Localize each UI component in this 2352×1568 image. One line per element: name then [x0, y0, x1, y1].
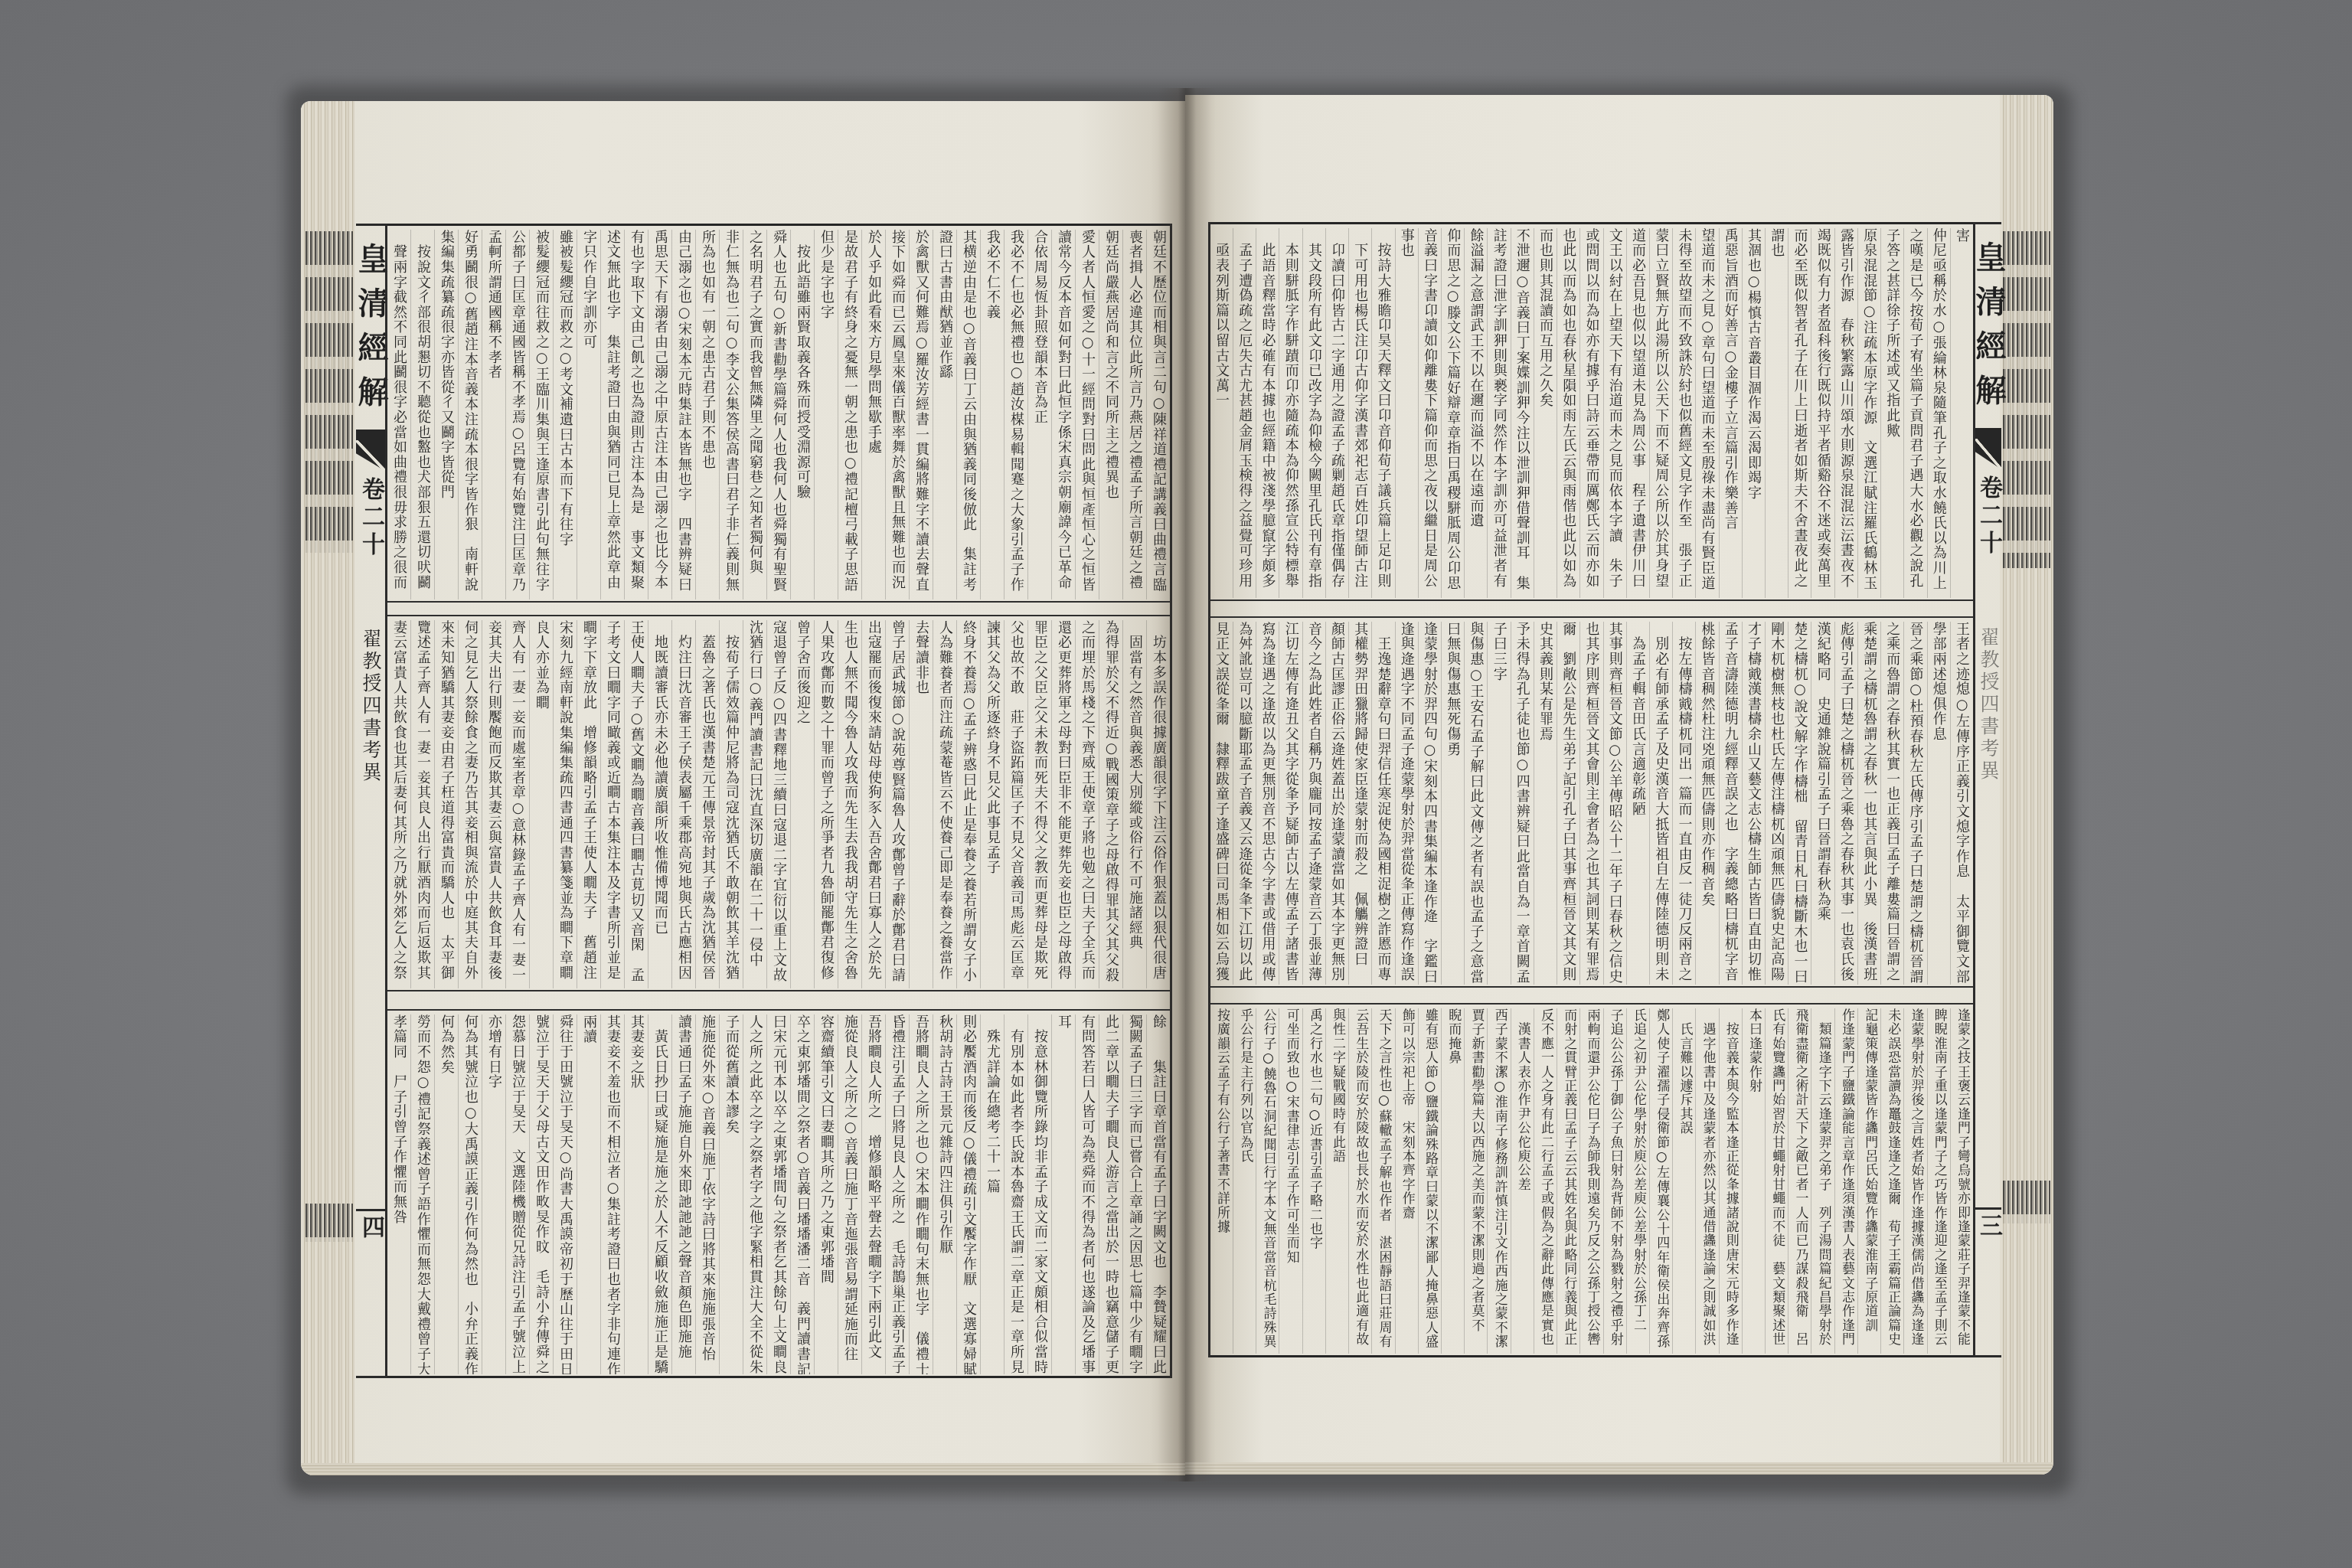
text-column: 別必有師承孟子及史漢音大抵皆祖自左傳陸德明則未 [1649, 622, 1672, 985]
text-column: 人果攻鄪而數之十罪而曾子之所爭者九魯師罷鄪君復修 [814, 620, 838, 988]
text-column: 王者之迹熄○左傳序正義引文熄字作息 太平御覽文部 [1950, 622, 1973, 985]
text-column: 逢蒙學射於羿後之言姓者始皆作逢據漢儒尚借蠭為逢逢 [1903, 1008, 1926, 1354]
text-column: 怨慕日號泣于旻天 文選陸機贈從兄詩注引孟子號泣上 [505, 1014, 529, 1374]
text-column: 瞷字下章放此 增修韻略引孟子王使人瞯夫子 舊趙注 [577, 620, 600, 988]
text-column: 於人乎如此看來方見學問無歇手處 [861, 230, 885, 599]
text-frame: 害 仲尼亟稱於水○張綸林泉隨筆孔子之取水饒氏以為川上 之嘆是已今按荀子宥坐篇子貢… [1208, 222, 1975, 1357]
text-column: 其涸也○楊慎古音叢目涸作渴云渴即竭字 [1742, 228, 1765, 598]
text-column: 道而必吾見也似以望道未見為周公事 程子遺書伊川曰 [1626, 228, 1649, 598]
text-column: 來未知猶驕其妻妾由君子枉道得富貴而驕人也 太平御 [434, 620, 458, 988]
text-frame: 朝廷不歷位而相與言二句○陳祥道禮記講義曰曲禮言臨 喪者揖人必違其位此所言乃燕居之… [385, 224, 1172, 1378]
text-column: 子答之甚詳徐子所述或又指此歟 [1880, 228, 1903, 598]
text-column: 蒙曰立賢無方此湯所以公天下而不疑周公所以於其身望 [1649, 228, 1672, 598]
text-column: 曾子居武城節○說苑尊賢篇魯人攻鄪曾子辭於鄪君曰請 [885, 620, 909, 988]
text-column: 之名明君子之實而我曾無隣里之聞窮巷之知者獨何與 [743, 230, 766, 599]
text-column: 雖有惡人節○鹽鐵論殊路章曰蒙以不潔鄙人掩鼻惡人盛 [1418, 1008, 1441, 1354]
text-column: 其事則齊桓晉文節○公羊傳昭公十二年子曰春秋之信史 [1603, 622, 1626, 985]
bottom-register: 逢蒙之技王褒云逢門子彎烏號亦即逢蒙莊子羿逢蒙不能 睥睨淮南子重以逢蒙門子之巧皆作… [1210, 1003, 1973, 1357]
text-column: 喪者揖人必違其位此所言乃燕居之禮孟子所言朝廷之禮 [1122, 230, 1146, 599]
text-column: 為得罪於父不得近○戰國策章子之母啟得罪其父其父殺 [1099, 620, 1122, 988]
text-column: 但少是字也字 [814, 230, 838, 599]
text-column: 述文無此也字 集註考證曰由與猶同已見上章然此章由 [600, 230, 624, 599]
text-column: 施施從外來○音義曰施丁依字詩曰將其來施施張音怡 [695, 1014, 719, 1374]
text-column: 之而埋於馬棧之下齊威王使章子將也勉之曰夫子全兵而 [1075, 620, 1099, 988]
volume-label: 卷二十 [356, 477, 385, 560]
series-title: 皇清經解 [1975, 241, 2001, 419]
top-register: 朝廷不歷位而相與言二句○陳祥道禮記講義曰曲禮言臨 喪者揖人必違其位此所言乃燕居之… [387, 224, 1170, 603]
text-column: 或問問以而為如亦有據乎曰詩云垂帶而厲鄭氏云而亦如 [1579, 228, 1602, 598]
text-column: 按說文彳部很胡懇切不聽從也盭也犬部狠五還切吠鬬 [410, 230, 434, 599]
text-column: 孟子遭偽疏之厄失古尤甚趙金屑玉検得之益覺可珍用 [1233, 228, 1256, 598]
leaf-number: 三 [1975, 1214, 2001, 1236]
text-column: 學部兩述熄俱作息 [1927, 622, 1950, 985]
leaf-number: 四 [356, 1215, 385, 1238]
text-column: 耳 [1051, 1014, 1075, 1374]
text-column: 作逢蒙門子鹽鐵論能言章作逢須漢書人表藝文志作逢門 [1834, 1008, 1857, 1354]
right-page: 皇清經解 卷二十 翟教授四書考異 三 害 仲尼亟稱於水○張綸林泉隨筆孔子之取水饒… [1185, 95, 2053, 1475]
ink-smear [305, 1204, 353, 1242]
text-column: 孟軻所謂通國稱不孝者 [482, 230, 505, 599]
text-column: 亦增有日字 [482, 1014, 505, 1374]
text-column: 有問答若曰人皆可為堯舜而不得為者何也遂論及乞墦事 [1075, 1014, 1099, 1374]
text-column: 曾子舍而後迎之 [790, 620, 814, 988]
text-column: 漢紀略同 史通雜說篇引孟子曰晉謂春秋為乘 [1811, 622, 1834, 985]
volume-label: 卷二十 [1975, 475, 2001, 558]
text-column: 江切左傳有逄丑父其字從夆予疑師古以左傳孟子諸書皆 [1279, 622, 1302, 985]
text-column: 註考證曰泄字訓狎則與褻字同然作本字訓亦可益泄者有 [1487, 228, 1510, 598]
text-column: 妾其夫出行則饜飽而反欺其妻云與富貴人共飲食耳妻後 [482, 620, 505, 988]
text-column: 原泉混混節○注疏本原字作源 文選江賦注羅氏鶴林玉 [1857, 228, 1880, 598]
text-column: 之乘而魯謂之春秋其實一也正義曰孟子離婁篇曰晉謂之 [1880, 622, 1903, 985]
text-column: 本曰逢蒙作射 [1742, 1008, 1765, 1354]
text-column: 蓋魯之著氏也漢書楚元王傳景帝封其子歲為沈猶侯晉 [695, 620, 719, 988]
text-column: 何為然矣 [434, 1014, 458, 1374]
text-column: 字只作自字訓亦可 [577, 230, 600, 599]
text-column: 音今之為此姓者自稱乃與龐同按孟子逄蒙音云丁張並薄 [1302, 622, 1325, 985]
text-column: 逢蒙之技王褒云逢門子彎烏號亦即逢蒙莊子羿逢蒙不能 [1950, 1008, 1973, 1354]
page-bottom-edge [1185, 1462, 2053, 1475]
text-column: 卬讀曰仰皆古二字通用之證孟子疏剿趙氏章指僅偶存 [1325, 228, 1348, 598]
text-column: 覽述孟子齊人有一妻一妾其良人出行厭酒肉而后返欺其 [410, 620, 434, 988]
text-column: 而射之貫臂正義曰孟子云云其姓名與此略同行義與此正 [1557, 1008, 1579, 1354]
text-column: 灼注曰沈音審王子侯表屬千乘郡高宛地與氏古應相因 [671, 620, 695, 988]
text-column: 子追公公孫丁御公子魚曰射為背師不射為戮射之禮乎射 [1603, 1008, 1626, 1354]
text-column: 逢蒙學射於羿四句○宋刻本四書集編本逢作逄 字鑑曰 [1418, 622, 1441, 985]
text-column: 舜人也五句○新書勸學篇舜何人也我何人也舜獨有聖賢 [766, 230, 790, 599]
text-column: 接下如舜而已云鳳皇來儀百獸率舞於禽獸且無難也而況 [885, 230, 909, 599]
text-column: 氏有始覽蠭門始習於甘蠅射甘蠅而不徒 藝文類聚述世 [1765, 1008, 1788, 1354]
text-column: 禹惡旨酒而好善言○金樓子立言篇引作樂善言 [1719, 228, 1742, 598]
text-column: 良人亦並為瞷 [529, 620, 553, 988]
text-column: 讀書通曰孟子施施自外來即訑訑訑之聲音顏色即施施 [671, 1014, 695, 1374]
middle-register: 坊本多誤作很據廣韻很字下注云俗作狠蓋以狠代很唐 固當有之然音與義悉大別縱或俗行不… [387, 615, 1170, 991]
text-column: 餘溢漏之意謂武王不以在邇而溢不以在遠而遺 [1464, 228, 1487, 598]
text-column: 還必更葬將軍之母對曰臣非不能更葬先妾也臣之母啟得 [1051, 620, 1075, 988]
text-column: 此二章以瞯夫子瞯良人游言之當出於一時也竊意儲子更 [1099, 1014, 1122, 1374]
text-column: 顏師古匡謬正俗云逄姓蓋出於逢蒙讀當如其本字更無別 [1325, 622, 1348, 985]
text-column: 有也字取下文由己飢之也為證則古注本為是 事文類聚 [624, 230, 648, 599]
text-column: 獨闕孟子曰三字而已嘗合上章誦之因思七篇中少有瞯字 [1122, 1014, 1146, 1374]
text-column: 下可用也楊氏注卬古仰字漢書郊祀志百姓卬望師古注 [1348, 228, 1371, 598]
text-column: 好勇鬬很○舊趙注本音義本注疏本很字皆作狠 南軒說 [458, 230, 482, 599]
text-column: 固當有之然音與義悉大別縱或俗行不可施諸經典 [1122, 620, 1146, 988]
text-column: 賈子新書勸學篇夫以西施之美而蒙不潔則過之者莫不 [1464, 1008, 1487, 1354]
fishtail-line [356, 440, 385, 471]
text-column: 之嘆是已今按荀子宥坐篇子貢問君子遇大水必觀之說孔 [1903, 228, 1926, 598]
page-margin-column: 皇清經解 卷二十 翟教授四書考異 三 [1975, 222, 2001, 1357]
text-column: 剛木杌樹無枝也杜氏左傳注檮杌凶頑無匹儔貌史記高陽 [1765, 622, 1788, 985]
text-column: 殊尤詳論在總考二十一篇 [980, 1014, 1004, 1374]
page-margin-column: 皇清經解 卷二十 翟教授四書考異 四 [356, 224, 385, 1378]
text-column: 與傷惠○王安石孟子解曰此文傳之者有誤也孟子之意當 [1464, 622, 1487, 985]
ink-smear [2003, 1181, 2050, 1223]
text-column: 鄭人使子濯孺子侵衛節○左傳襄公十四年衛侯出奔齊孫 [1649, 1008, 1672, 1354]
text-column: 妻云富貴人共飲食也其后妻何其所之乃就外郊乞人之祭 [387, 620, 410, 988]
text-column: 子考文曰瞯字同瞰義或近瞷古本集注本及字書所引並是 [600, 620, 624, 988]
text-column: 禹思天下有溺者由己溺之中原古注本由己溺之也比今本 [648, 230, 671, 599]
text-column: 為舛訛豈可以臆斷耶孟子音義又云逄從夆夆下江切以此 [1233, 622, 1256, 985]
text-column: 天下之言性也○蘇轍孟子解也作者 湛困靜語曰莊周有 [1371, 1008, 1394, 1354]
left-page: 皇清經解 卷二十 翟教授四書考異 四 朝廷不歷位而相與言二句○陳祥道禮記講義曰曲… [301, 101, 1185, 1475]
text-column: 容齋續筆引文曰妻瞷其所之乃之東郭墦間 [814, 1014, 838, 1374]
text-column: 吾將瞷良人之所之也○宋本瞷作瞯句末無也字 儀禮士 [909, 1014, 933, 1374]
text-column: 晉之乘節○杜預春秋左氏傳序引孟子曰楚謂之檮杌晉謂 [1903, 622, 1926, 985]
text-column: 氏言難以遽斥其誤 [1672, 1008, 1695, 1354]
page-bottom-edge [301, 1463, 1185, 1475]
text-column: 云吾生於陵而安於陵故也長於水而安於水性也此適有故 [1348, 1008, 1371, 1354]
text-column: 曰無與傷惠無死傷勇 [1441, 622, 1464, 985]
text-column: 何為其號泣也○大禹謨正義引作何為然也 小弁正義作 [458, 1014, 482, 1374]
text-column: 秋胡詩古詩王景元雜詩四注俱引作厭 [933, 1014, 956, 1374]
text-column: 父也故不敢 莊子盜跖篇匡子不見父音義司馬彪云匡章 [1004, 620, 1027, 988]
text-column: 音義曰字書卬讀如仰離婁下篇仰而思之夜以繼日是周公 [1418, 228, 1441, 598]
text-column: 朝廷尚嚴燕居尚和言之不同所主之禮異也 [1099, 230, 1122, 599]
text-column: 與性二字疑戰國時有此語 [1325, 1008, 1348, 1354]
text-column: 睨而掩鼻 [1441, 1008, 1464, 1354]
text-column: 按詩大雅瞻卬昊天釋文曰卬音仰荀子議兵篇上足卬則 [1371, 228, 1394, 598]
text-column: 而必至既似智者孔子在川上曰逝者如斯夫不舍晝夜此之 [1788, 228, 1811, 598]
text-column: 愛人者人恒愛之○十一經問對曰問此與恒產恒心之恒皆 [1075, 230, 1099, 599]
text-column: 非仁無為也二句○李文公集答侯高書曰君子非仁義則無 [719, 230, 743, 599]
text-column: 彪傳引孟子曰楚之檮杌晉之乘魯之春秋其事一也袁氏後 [1834, 622, 1857, 985]
text-column: 飛衛盡衛之術計天下之敵已者一人而已乃謀殺飛衛 呂 [1788, 1008, 1811, 1354]
text-column: 未必誤恐當讀為鼉鼓逢逢之逢爾 荀子王霸篇正論篇史 [1880, 1008, 1903, 1354]
text-column: 禹之行水也二句○近書引孟子略二也字 [1302, 1008, 1325, 1354]
text-column: 子而從舊讀本謬矣 [719, 1014, 743, 1374]
text-column: 孟子音濤陸德明九經釋音誤之也 字義總略曰檮杌字音 [1719, 622, 1742, 985]
text-column: 漢書人表亦作尹公佗庾公差 [1511, 1008, 1534, 1354]
text-column: 地既讀審氏亦未必他讀廣韻所收惟備博聞而已 [648, 620, 671, 988]
text-column: 宋刻九經南軒說集編集疏四書通四書纂箋並為瞷下章瞷 [553, 620, 577, 988]
text-column: 其妻妾之狀 [624, 1014, 648, 1374]
text-column: 黃氏日抄曰或疑施是施之於人不反顧收斂施施正是驕 [648, 1014, 671, 1374]
text-column: 史其義則某有罪焉 [1534, 622, 1557, 985]
text-column: 兩讀 [577, 1014, 600, 1374]
text-column: 昏禮注引孟子曰將見良人之所之 毛詩鵲巢正義引孟子 [885, 1014, 909, 1374]
text-column: 聲兩字截然不同此鬬很字必當如曲禮很毋求勝之很而 [387, 230, 410, 599]
text-column: 號泣于旻天于父母古文田作畋旻作旼 毛詩小弁傳舜之 [529, 1014, 553, 1374]
text-column: 按音義本與今監本逢正從夆據諸說則唐宋元時多作逢 [1719, 1008, 1742, 1354]
series-title: 皇清經解 [356, 243, 385, 420]
text-column: 文王以紂在上望天下有治道而未之見而依本字讀 朱子 [1603, 228, 1626, 598]
text-column: 孝篇同 尸子引曾子作懼而無咎 [387, 1014, 410, 1374]
text-column: 為孟子輯音田氏言適彰疏陋 [1626, 622, 1649, 985]
middle-register: 王者之迹熄○左傳序正義引文熄字作息 太平御覽文部 學部兩述熄俱作息 晉之乘節○杜… [1210, 616, 1973, 988]
text-column: 施從良人之所之○音義曰施丁音迤張音易謂延施而往 [838, 1014, 861, 1374]
work-title: 翟教授四書考異 [356, 629, 385, 784]
text-column: 竭既似有力者盈科後行既似持平者循谿谷不迷或奏萬里 [1811, 228, 1834, 598]
text-column: 飾可以宗祀上帝 宋刻本齊字作齋 [1395, 1008, 1418, 1354]
text-column: 乘楚謂之檮杌魯謂之春秋一也其言與此小異 後漢書班 [1857, 622, 1880, 985]
text-column: 寫為逢遇之逢故以為更無別音不思古今字書或借用或傳 [1256, 622, 1279, 985]
text-column: 逢與逄遇字不同孟子逄蒙學射於羿當從夆正傳寫作逢誤 [1395, 622, 1418, 985]
text-column: 生也人無不聞今魯人攻我而先生去我我胡守先生之舍魯 [838, 620, 861, 988]
text-column: 也其序則齊桓晉文其會則主會者為之也其詞則某有罪焉 [1579, 622, 1602, 985]
text-column: 合依周易恆卦照登韻本音為正 [1027, 230, 1051, 599]
text-column: 遇字他書中及逢蒙者亦然以其通借蠭逢論之則誠如洪 [1695, 1008, 1718, 1354]
text-column: 氏追之初尹公佗學射於庾公差庾公差學射於公孫丁二 [1626, 1008, 1649, 1354]
text-column: 被髮纓冠而往救之○王臨川集與王逢原書引此句無往字 [529, 230, 553, 599]
ink-smear [305, 231, 353, 553]
text-column: 仲尼亟稱於水○張綸林泉隨筆孔子之取水饒氏以為川上 [1927, 228, 1950, 598]
text-column: 曰宋元刊本以卒之東郭墦間句之祭者乞其餘句上文瞷良 [766, 1014, 790, 1374]
text-column: 才子檮戭漢書檮余山又藝文志公檮生師古皆曰直由切惟 [1742, 622, 1765, 985]
text-column: 兩軥而還尹公佗曰子為師我則遠矣乃反之公孫丁授公轡 [1579, 1008, 1602, 1354]
text-column: 王逸楚辭章句曰羿信任寒浞使為國相浞樹之詐慝而專 [1371, 622, 1394, 985]
text-column: 桃餘皆音稠然杜注兇頑無匹儔則亦作稠音矣 [1695, 622, 1718, 985]
text-column: 集編集疏纂疏很字亦皆從彳又鬬字皆從門 [434, 230, 458, 599]
text-column: 記龜策傳逢蒙皆作蠭門呂氏始覽作蠭蒙淮南子原道訓 [1857, 1008, 1880, 1354]
text-column: 反不應一人之身有此二行孟子或假為之辭此傳應是實也 [1534, 1008, 1557, 1354]
text-column: 未得至故望而不致誅於紂也似舊經文見字作至 張子正 [1672, 228, 1695, 598]
text-column: 罪臣之父臣之父未教而死夫不得父之教而更葬母是欺死 [1027, 620, 1051, 988]
text-column: 出寇罷而後復來請姑母使狗豕入吾舍鄪君曰寡人之於先 [861, 620, 885, 988]
text-column: 齊人有一妻一妾而處室者章○意林錄孟子齊人有一妻一 [505, 620, 529, 988]
text-column: 諫其父為父所逐終身不見父此事見孟子 [980, 620, 1004, 988]
text-column: 按意林御覽所錄均非孟子成文而二家文頗相合似當時 [1027, 1014, 1051, 1374]
text-column: 由己溺之也○宋刻本元時集註本皆無也字 四書辨疑曰 [671, 230, 695, 599]
text-column: 證曰古書由猷猶並作繇 [933, 230, 956, 599]
text-column: 公行子○饒魯石洞紀聞曰行字本文無音當音杭毛詩殊異 [1256, 1008, 1279, 1354]
text-column: 仰而思之○滕文公下篇好辯章章指曰禹稷駢胝周公卬思 [1441, 228, 1464, 598]
text-column: 害 [1950, 228, 1973, 598]
text-column: 終身不養焉○孟子辨惑曰此止是奉養之養若所謂女子小 [956, 620, 980, 988]
margin-rule [1975, 1207, 2001, 1210]
text-column: 我必不仁不義 [980, 230, 1004, 599]
text-column: 爾 劉敞公是先生弟子記引孔子曰其事齊桓晉文其文則 [1557, 622, 1579, 985]
text-column: 睥睨淮南子重以逢蒙門子之巧皆作逢迎之逢至孟子則云 [1927, 1008, 1950, 1354]
text-column: 子曰三字 [1487, 622, 1510, 985]
book-gutter-shadow [1158, 88, 1216, 1481]
text-column: 我必不仁也必無禮也○趙汝楳易輯聞蹇之大象引孟子作 [1004, 230, 1027, 599]
text-column: 楚之檮杌○說文解字作檮柮 留青日札曰檮斷木也一曰 [1788, 622, 1811, 985]
text-column: 公都子曰匡章通國皆稱不孝焉○呂覽有始覽注曰匡章乃 [505, 230, 529, 599]
text-column: 沈猶行曰○義門讀書記曰沈直深切廣韻在二十一侵中 [743, 620, 766, 988]
text-column: 有別本如此者李氏說本魯齋王氏謂二章正是一章所見 [1004, 1014, 1027, 1374]
text-column: 其權勢羿田獵將歸使家臣逢蒙射而殺之 佩觿辨證曰 [1348, 622, 1371, 985]
text-column: 伺之見乞人祭餘食之妻乃告其妾相與流於中庭其夫自外 [458, 620, 482, 988]
text-column: 吾將瞷良人所之 增修韻略平聲去聲瞯字下兩引此文 [861, 1014, 885, 1374]
bottom-register: 餘 集註曰章首當有孟子曰字闕文也 李贄疑耀曰此不 獨闕孟子曰三字而已嘗合上章誦之… [387, 1009, 1170, 1378]
text-column: 其横逆由是也○音義曰丁云由與猶義同後倣此 集註考 [956, 230, 980, 599]
text-column: 其文段所有此文卬已改字為仰檢今闕里孔氏刊有章指 [1302, 228, 1325, 598]
text-column: 按此語雖兩賢取義各殊而授受淵源可驗 [790, 230, 814, 599]
text-column: 不泄邇○音義曰丁案媟訓狎今注以泄訓狎借聲訓耳 集 [1511, 228, 1534, 598]
text-column: 其妻妾不羞也而不相泣者○集註考證曰也者字非句連作 [600, 1014, 624, 1374]
text-column: 人為難養者而注疏蒙菴皆云不使養己即是奉養之養當作 [933, 620, 956, 988]
text-column: 雖被髮纓冠而救之○考文補遺曰古本而下有往字 [553, 230, 577, 599]
text-column: 也此以而為如也春秋星隕如雨左氏云與雨偕也此以如為 [1557, 228, 1579, 598]
text-column: 王使人瞷夫子○舊文瞷為瞯音義曰瞷古莧切又音閑 孟 [624, 620, 648, 988]
text-column: 按荀子儒效篇仲尼將為司寇沈猶氏不敢朝飲其羊沈猶 [719, 620, 743, 988]
work-title: 翟教授四書考異 [1975, 627, 2001, 782]
text-column: 舜往于田號泣于旻天○尚書大禹謨帝初于歷山往于田日 [553, 1014, 577, 1374]
text-column: 望道而未之見○章句曰望道而未至殷祿未盡尚有賢臣道 [1695, 228, 1718, 598]
text-column: 所為也如有一朝之患古君子則不患也 [695, 230, 719, 599]
text-column: 此語音釋當時必確有本據也經籍中被淺學臆竄字頗多 [1256, 228, 1279, 598]
text-column: 卒之東郭墦間之祭者○音義曰墦墦潘二音 義門讀書記 [790, 1014, 814, 1374]
text-column: 讀常今反本音如何對曰此恒字係宋真宗朝廟諱今已革命 [1051, 230, 1075, 599]
ink-smear [2003, 231, 2050, 568]
text-column: 本則駢胝字作駢蹟而卬亦隨疏本為仰然孫宣公特標舉 [1279, 228, 1302, 598]
text-column: 按左傳檮戭檮杌同出一篇而一直由反一徒刀反兩音之 [1672, 622, 1695, 985]
margin-rule [356, 1209, 385, 1211]
top-register: 害 仲尼亟稱於水○張綸林泉隨筆孔子之取水饒氏以為川上 之嘆是已今按荀子宥坐篇子貢… [1210, 222, 1973, 601]
fishtail-line [1975, 439, 2001, 469]
text-column: 予未得為孔子徒也節○四書辨疑曰此當自為一章首闕孟 [1511, 622, 1534, 985]
text-column: 可坐而致也○宋書律志引孟子作可坐而知 [1279, 1008, 1302, 1354]
text-column: 寇退曾子反○四書釋地三續曰寇退二字宜衍以重上文故 [766, 620, 790, 988]
text-column: 去聲讀非也 [909, 620, 933, 988]
text-column: 人之所之此卒之字之祭者字之他字緊相貫注大全不從朱 [743, 1014, 766, 1374]
text-column: 西子蒙不潔○淮南子修務訓許慎注引文作西施之蒙不潔 [1487, 1008, 1510, 1354]
text-column: 類篇逢字下云逢蒙羿之弟子 列子湯問篇紀昌學射於 [1811, 1008, 1834, 1354]
text-column: 而也則其混讀而互用之久矣 [1534, 228, 1557, 598]
text-column: 則必饜酒肉而後反○儀禮疏引文饜字作厭 文選寡婦賦 [956, 1014, 980, 1374]
text-column: 於禽獸又何難焉○羅汝芳經書一貫編將難字不讀去聲直 [909, 230, 933, 599]
text-column: 是故君子有終身之憂無一朝之患也○禮記檀弓載子思語 [838, 230, 861, 599]
text-column: 謂也 [1765, 228, 1788, 598]
text-column: 事也 [1395, 228, 1418, 598]
text-column: 乎公行是主行列以官為氏 [1233, 1008, 1256, 1354]
text-column: 勞而不怨○禮記祭義述曾子語作懼而無怨大戴禮曾子大 [410, 1014, 434, 1374]
text-column: 露皆引作源 春秋繁露山川頌水則源泉混混沄沄晝夜不 [1834, 228, 1857, 598]
